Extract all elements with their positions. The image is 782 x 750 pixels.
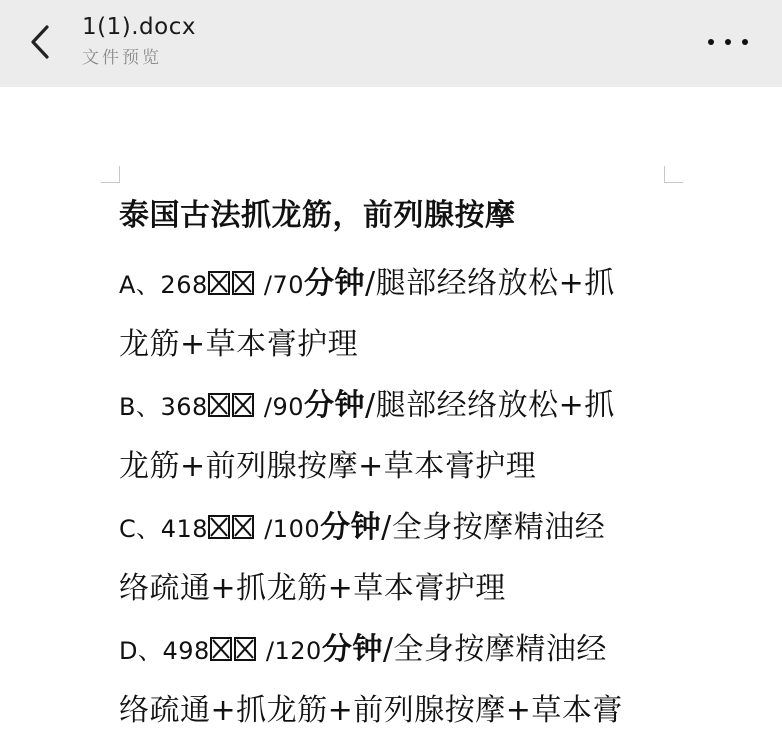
- option-label: D、: [119, 637, 162, 665]
- option-slash: /: [256, 393, 273, 421]
- option-unit: 分钟: [320, 510, 381, 545]
- back-button[interactable]: [22, 18, 58, 66]
- option-minutes: 120: [275, 637, 322, 665]
- option-slash: /: [256, 271, 273, 299]
- option-label: A、: [119, 271, 160, 299]
- page-margin-corner-top-left: [101, 166, 120, 183]
- document-content: 泰国古法抓龙筋，前列腺按摩 A、268 /70分钟/腿部经络放松+抓 龙筋+草本…: [119, 193, 669, 741]
- option-line-1: B、368 /90分钟/腿部经络放松+抓: [119, 375, 669, 436]
- document-title: 1(1).docx: [82, 12, 196, 42]
- option-description: /全身按摩精油经: [381, 510, 605, 545]
- option-slash: /: [256, 515, 273, 543]
- option-unit: 分钟: [304, 266, 365, 301]
- document-page[interactable]: 泰国古法抓龙筋，前列腺按摩 A、268 /70分钟/腿部经络放松+抓 龙筋+草本…: [0, 87, 782, 750]
- chevron-left-icon: [29, 24, 51, 60]
- document-heading: 泰国古法抓龙筋，前列腺按摩: [119, 193, 669, 239]
- option-price: 498: [162, 637, 209, 665]
- option-description: /全身按摩精油经: [383, 632, 607, 667]
- option-line-1: D、498 /120分钟/全身按摩精油经: [119, 619, 669, 680]
- option-line-1: A、268 /70分钟/腿部经络放松+抓: [119, 253, 669, 314]
- option-unit: 分钟: [322, 632, 383, 667]
- option-label: C、: [119, 515, 161, 543]
- option-unit: 分钟: [304, 388, 365, 423]
- option-line-2: 龙筋+前列腺按摩+草本膏护理: [119, 436, 669, 497]
- top-app-bar: 1(1).docx 文件预览: [0, 0, 782, 87]
- more-options-button[interactable]: [708, 30, 748, 54]
- missing-glyph-icon: [208, 393, 230, 417]
- option-label: B、: [119, 393, 160, 421]
- missing-glyph-icon: [232, 393, 254, 417]
- document-subtitle: 文件预览: [82, 46, 196, 70]
- option-description: /腿部经络放松+抓: [365, 266, 615, 301]
- missing-glyph-icon: [232, 515, 254, 539]
- option-line-2: 络疏通+抓龙筋+前列腺按摩+草本膏: [119, 680, 669, 741]
- page-margin-corner-top-right: [664, 166, 683, 183]
- option-price: 368: [160, 393, 207, 421]
- option-price: 418: [161, 515, 208, 543]
- option-price: 268: [160, 271, 207, 299]
- missing-glyph-icon: [234, 637, 256, 661]
- title-block: 1(1).docx 文件预览: [82, 12, 196, 70]
- missing-glyph-icon: [208, 271, 230, 295]
- option-description: /腿部经络放松+抓: [365, 388, 615, 423]
- price-option-a: A、268 /70分钟/腿部经络放松+抓 龙筋+草本膏护理: [119, 253, 669, 375]
- price-option-c: C、418 /100分钟/全身按摩精油经 络疏通+抓龙筋+草本膏护理: [119, 497, 669, 619]
- more-horizontal-icon: [742, 39, 748, 45]
- missing-glyph-icon: [208, 515, 230, 539]
- more-horizontal-icon: [725, 39, 731, 45]
- option-line-1: C、418 /100分钟/全身按摩精油经: [119, 497, 669, 558]
- option-minutes: 90: [273, 393, 305, 421]
- option-minutes: 70: [272, 271, 304, 299]
- option-line-2: 络疏通+抓龙筋+草本膏护理: [119, 558, 669, 619]
- missing-glyph-icon: [232, 271, 254, 295]
- price-option-b: B、368 /90分钟/腿部经络放松+抓 龙筋+前列腺按摩+草本膏护理: [119, 375, 669, 497]
- missing-glyph-icon: [210, 637, 232, 661]
- option-slash: /: [258, 637, 275, 665]
- price-option-d: D、498 /120分钟/全身按摩精油经 络疏通+抓龙筋+前列腺按摩+草本膏: [119, 619, 669, 741]
- option-line-2: 龙筋+草本膏护理: [119, 314, 669, 375]
- option-minutes: 100: [273, 515, 320, 543]
- more-horizontal-icon: [708, 39, 714, 45]
